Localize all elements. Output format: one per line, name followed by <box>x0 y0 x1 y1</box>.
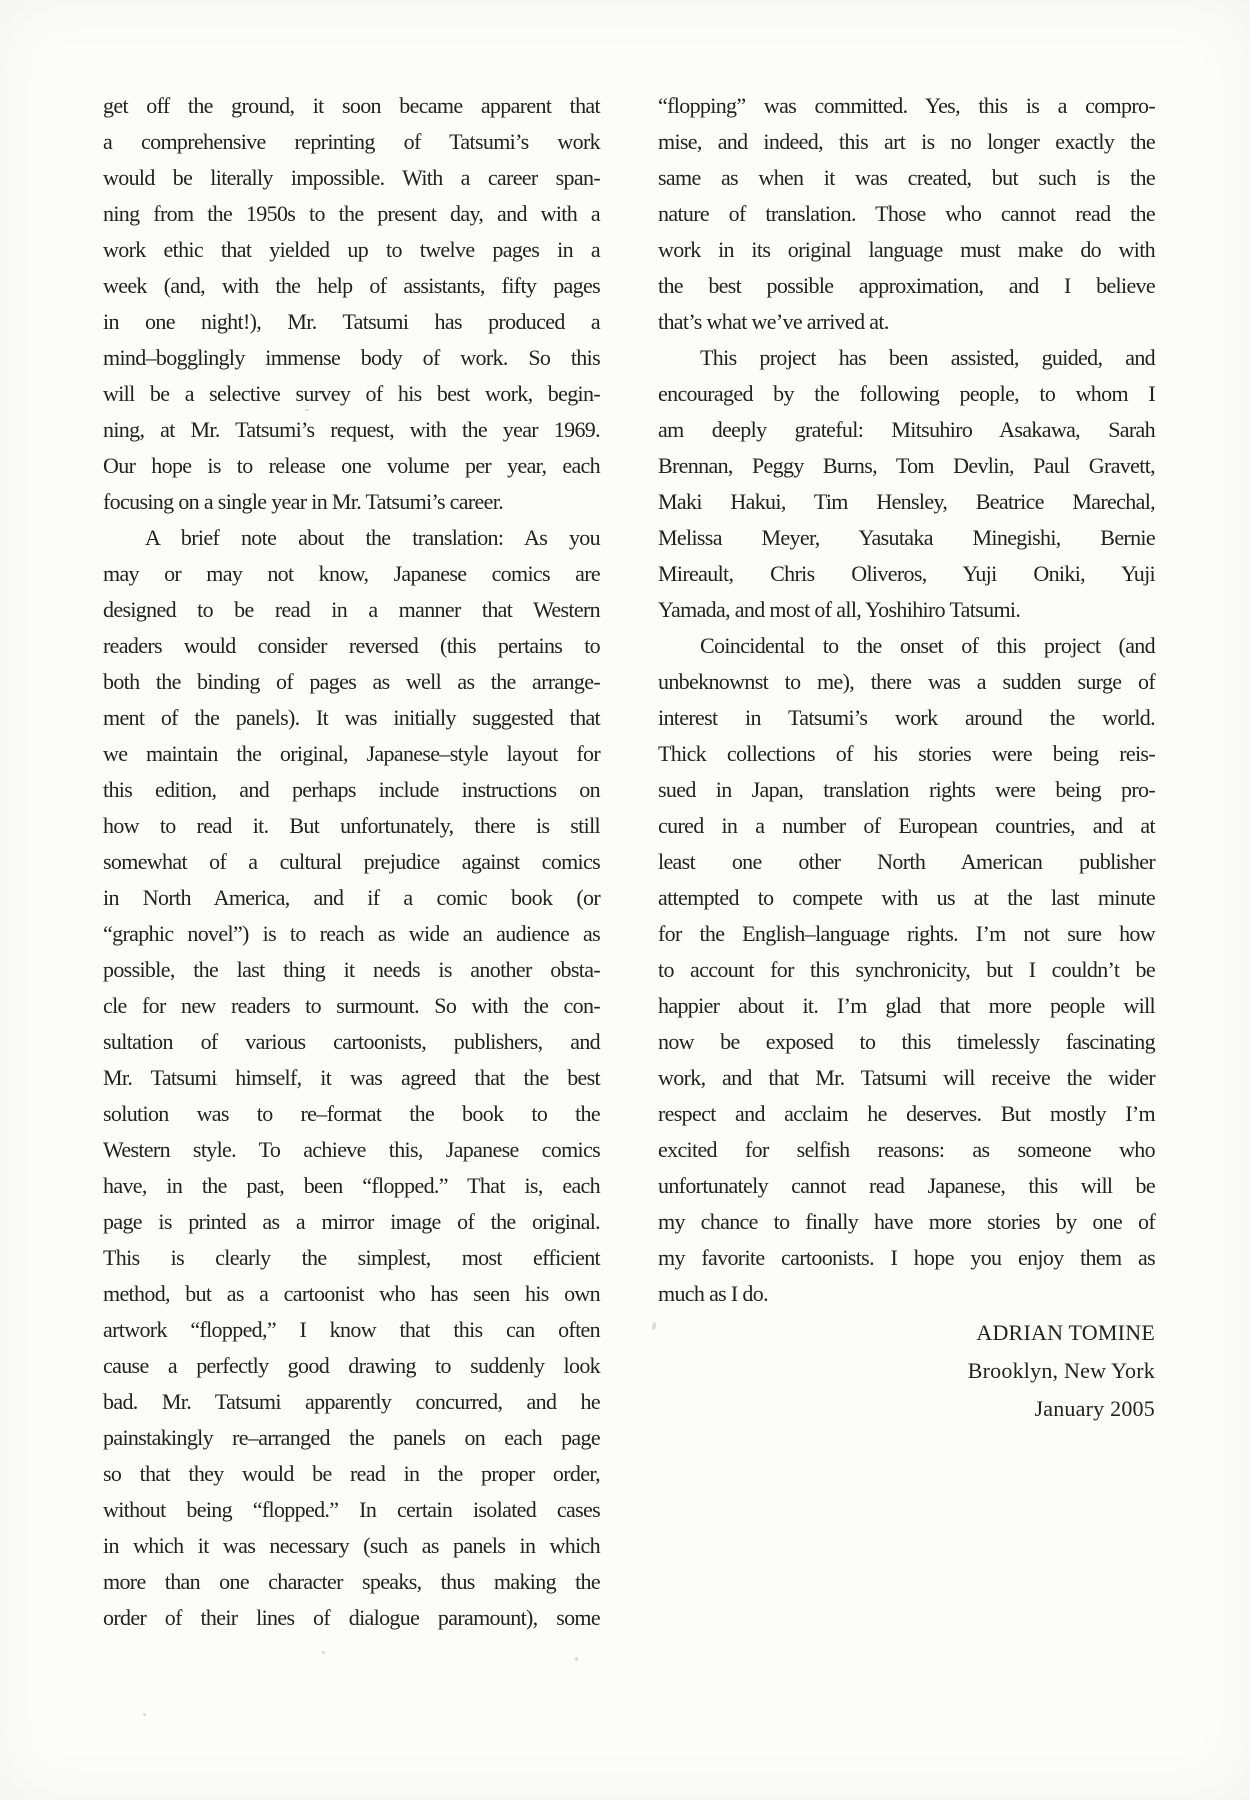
scan-speck <box>651 1322 657 1331</box>
text-line: A brief note about the translation: As y… <box>103 520 600 556</box>
text-line: focusing on a single year in Mr. Tatsumi… <box>103 484 600 520</box>
text-line: cause a perfectly good drawing to sudden… <box>103 1348 600 1384</box>
text-line: Mr. Tatsumi himself, it was agreed that … <box>103 1060 600 1096</box>
text-line: how to read it. But unfortunately, there… <box>103 808 600 844</box>
book-page: get off the ground, it soon became appar… <box>0 0 1250 1800</box>
text-line: so that they would be read in the proper… <box>103 1456 600 1492</box>
text-line: we maintain the original, Japanese–style… <box>103 736 600 772</box>
text-line: may or may not know, Japanese comics are <box>103 556 600 592</box>
scan-speck <box>305 409 309 411</box>
text-line: in which it was necessary (such as panel… <box>103 1528 600 1564</box>
signature-block: ADRIAN TOMINE Brooklyn, New York January… <box>658 1314 1155 1428</box>
text-line: order of their lines of dialogue paramou… <box>103 1600 600 1636</box>
text-column-right: “flopping” was committed. Yes, this is a… <box>658 88 1155 1312</box>
text-line: attempted to compete with us at the last… <box>658 880 1155 916</box>
text-line: Coincidental to the onset of this projec… <box>658 628 1155 664</box>
text-line: a comprehensive reprinting of Tatsumi’s … <box>103 124 600 160</box>
text-line: ning from the 1950s to the present day, … <box>103 196 600 232</box>
text-line: more than one character speaks, thus mak… <box>103 1564 600 1600</box>
text-line: nature of translation. Those who cannot … <box>658 196 1155 232</box>
text-line: artwork “flopped,” I know that this can … <box>103 1312 600 1348</box>
text-line: cured in a number of European countries,… <box>658 808 1155 844</box>
text-line: This project has been assisted, guided, … <box>658 340 1155 376</box>
text-line: designed to be read in a manner that Wes… <box>103 592 600 628</box>
text-line: week (and, with the help of assistants, … <box>103 268 600 304</box>
text-line: that’s what we’ve arrived at. <box>658 304 1155 340</box>
text-line: readers would consider reversed (this pe… <box>103 628 600 664</box>
text-line: possible, the last thing it needs is ano… <box>103 952 600 988</box>
scan-speck <box>322 1651 325 1654</box>
text-line: This is clearly the simplest, most effic… <box>103 1240 600 1276</box>
text-line: unbeknownst to me), there was a sudden s… <box>658 664 1155 700</box>
text-line: sued in Japan, translation rights were b… <box>658 772 1155 808</box>
text-line: mise, and indeed, this art is no longer … <box>658 124 1155 160</box>
text-line: encouraged by the following people, to w… <box>658 376 1155 412</box>
text-line: method, but as a cartoonist who has seen… <box>103 1276 600 1312</box>
text-line: Yamada, and most of all, Yoshihiro Tatsu… <box>658 592 1155 628</box>
text-line: “graphic novel”) is to reach as wide an … <box>103 916 600 952</box>
text-line: same as when it was created, but such is… <box>658 160 1155 196</box>
text-line: cle for new readers to surmount. So with… <box>103 988 600 1024</box>
text-line: somewhat of a cultural prejudice against… <box>103 844 600 880</box>
text-line: respect and acclaim he deserves. But mos… <box>658 1096 1155 1132</box>
text-line: much as I do. <box>658 1276 1155 1312</box>
text-line: this edition, and perhaps include instru… <box>103 772 600 808</box>
text-line: Melissa Meyer, Yasutaka Minegishi, Berni… <box>658 520 1155 556</box>
text-line: least one other North American publisher <box>658 844 1155 880</box>
text-line: will be a selective survey of his best w… <box>103 376 600 412</box>
text-column-left: get off the ground, it soon became appar… <box>103 88 600 1636</box>
scan-speck <box>575 1657 578 1661</box>
text-line: work ethic that yielded up to twelve pag… <box>103 232 600 268</box>
text-line: am deeply grateful: Mitsuhiro Asakawa, S… <box>658 412 1155 448</box>
text-line: ment of the panels). It was initially su… <box>103 700 600 736</box>
text-line: now be exposed to this timelessly fascin… <box>658 1024 1155 1060</box>
text-line: sultation of various cartoonists, publis… <box>103 1024 600 1060</box>
text-line: my chance to finally have more stories b… <box>658 1204 1155 1240</box>
text-line: Mireault, Chris Oliveros, Yuji Oniki, Yu… <box>658 556 1155 592</box>
text-line: Maki Hakui, Tim Hensley, Beatrice Marech… <box>658 484 1155 520</box>
text-line: my favorite cartoonists. I hope you enjo… <box>658 1240 1155 1276</box>
text-line: excited for selfish reasons: as someone … <box>658 1132 1155 1168</box>
text-line: Western style. To achieve this, Japanese… <box>103 1132 600 1168</box>
text-line: unfortunately cannot read Japanese, this… <box>658 1168 1155 1204</box>
signature-date: January 2005 <box>658 1390 1155 1428</box>
text-line: to account for this synchronicity, but I… <box>658 952 1155 988</box>
text-line: get off the ground, it soon became appar… <box>103 88 600 124</box>
text-line: “flopping” was committed. Yes, this is a… <box>658 88 1155 124</box>
text-line: work in its original language must make … <box>658 232 1155 268</box>
text-line: painstakingly re–arranged the panels on … <box>103 1420 600 1456</box>
text-line: in North America, and if a comic book (o… <box>103 880 600 916</box>
text-line: for the English–language rights. I’m not… <box>658 916 1155 952</box>
text-line: without being “flopped.” In certain isol… <box>103 1492 600 1528</box>
scan-speck <box>143 1713 146 1716</box>
text-line: have, in the past, been “flopped.” That … <box>103 1168 600 1204</box>
text-line: in one night!), Mr. Tatsumi has produced… <box>103 304 600 340</box>
signature-author: ADRIAN TOMINE <box>658 1314 1155 1352</box>
text-line: ning, at Mr. Tatsumi’s request, with the… <box>103 412 600 448</box>
text-line: page is printed as a mirror image of the… <box>103 1204 600 1240</box>
text-line: happier about it. I’m glad that more peo… <box>658 988 1155 1024</box>
signature-location: Brooklyn, New York <box>658 1352 1155 1390</box>
text-line: Thick collections of his stories were be… <box>658 736 1155 772</box>
text-line: Brennan, Peggy Burns, Tom Devlin, Paul G… <box>658 448 1155 484</box>
text-line: both the binding of pages as well as the… <box>103 664 600 700</box>
text-line: work, and that Mr. Tatsumi will receive … <box>658 1060 1155 1096</box>
text-line: mind–bogglingly immense body of work. So… <box>103 340 600 376</box>
text-line: would be literally impossible. With a ca… <box>103 160 600 196</box>
text-line: the best possible approximation, and I b… <box>658 268 1155 304</box>
text-line: solution was to re–format the book to th… <box>103 1096 600 1132</box>
text-line: interest in Tatsumi’s work around the wo… <box>658 700 1155 736</box>
text-line: Our hope is to release one volume per ye… <box>103 448 600 484</box>
text-line: bad. Mr. Tatsumi apparently concurred, a… <box>103 1384 600 1420</box>
